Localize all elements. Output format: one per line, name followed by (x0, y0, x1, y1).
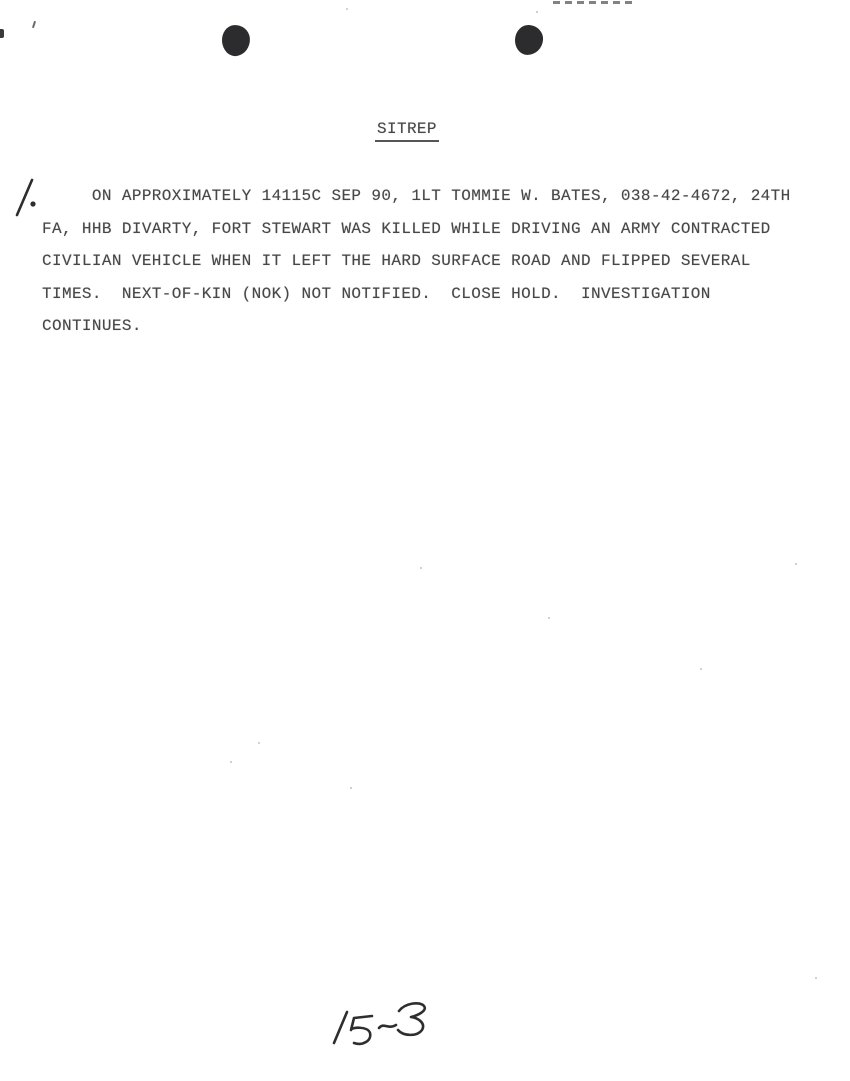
noise-speck (795, 563, 797, 565)
noise-speck (350, 787, 352, 789)
top-edge-dashed-line (553, 1, 637, 4)
page-title: SITREP (375, 120, 439, 142)
noise-speck (536, 11, 538, 13)
noise-speck (420, 567, 422, 569)
punch-hole-mark-right (514, 24, 544, 56)
handwritten-page-number (325, 995, 440, 1055)
body-line-4: TIMES. NEXT-OF-KIN (NOK) NOT NOTIFIED. C… (42, 278, 822, 311)
noise-speck (700, 668, 702, 670)
noise-speck (346, 8, 348, 10)
noise-speck (230, 761, 232, 763)
body-line-5: CONTINUES. (42, 310, 822, 343)
noise-speck (548, 617, 550, 619)
body-line-3: CIVILIAN VEHICLE WHEN IT LEFT THE HARD S… (42, 245, 822, 278)
left-edge-ink-mark (0, 29, 4, 38)
body-line-2: FA, HHB DIVARTY, FORT STEWART WAS KILLED… (42, 213, 822, 246)
sitrep-body-paragraph: ON APPROXIMATELY 14115C SEP 90, 1LT TOMM… (42, 180, 822, 343)
noise-speck (815, 977, 817, 979)
punch-hole-mark-left (221, 24, 252, 57)
scanned-document-page: SITREP ON APPROXIMATELY 14115C SEP 90, 1… (0, 0, 850, 1081)
noise-speck (258, 742, 260, 744)
body-line-1: ON APPROXIMATELY 14115C SEP 90, 1LT TOMM… (42, 180, 822, 213)
stray-tick-mark (32, 21, 36, 28)
